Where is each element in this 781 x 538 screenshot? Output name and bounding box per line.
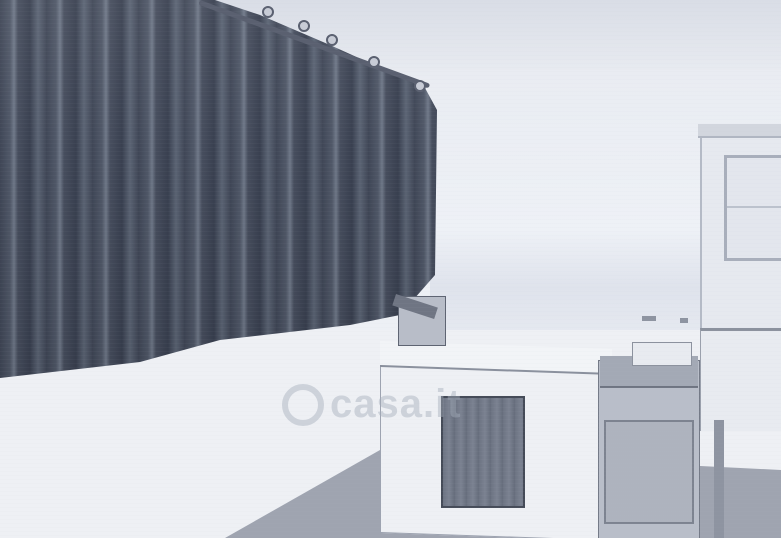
glass-door — [441, 396, 525, 508]
curtain-ring — [298, 20, 310, 32]
side-table — [700, 328, 781, 431]
curtain-ring — [326, 34, 338, 46]
curtain-ring — [414, 80, 426, 92]
stove-backsplash — [632, 342, 692, 366]
wall-outlet — [642, 316, 656, 321]
room-photo: casa.it — [0, 0, 781, 538]
curtain-ring — [262, 6, 274, 18]
stove-door-panel — [604, 420, 694, 524]
curtain-ring — [368, 56, 380, 68]
wall-outlet — [680, 318, 688, 323]
cabinet-window — [724, 155, 781, 261]
window-bar — [727, 206, 781, 208]
cabinet-cornice — [698, 124, 781, 138]
table-leg — [714, 420, 724, 538]
